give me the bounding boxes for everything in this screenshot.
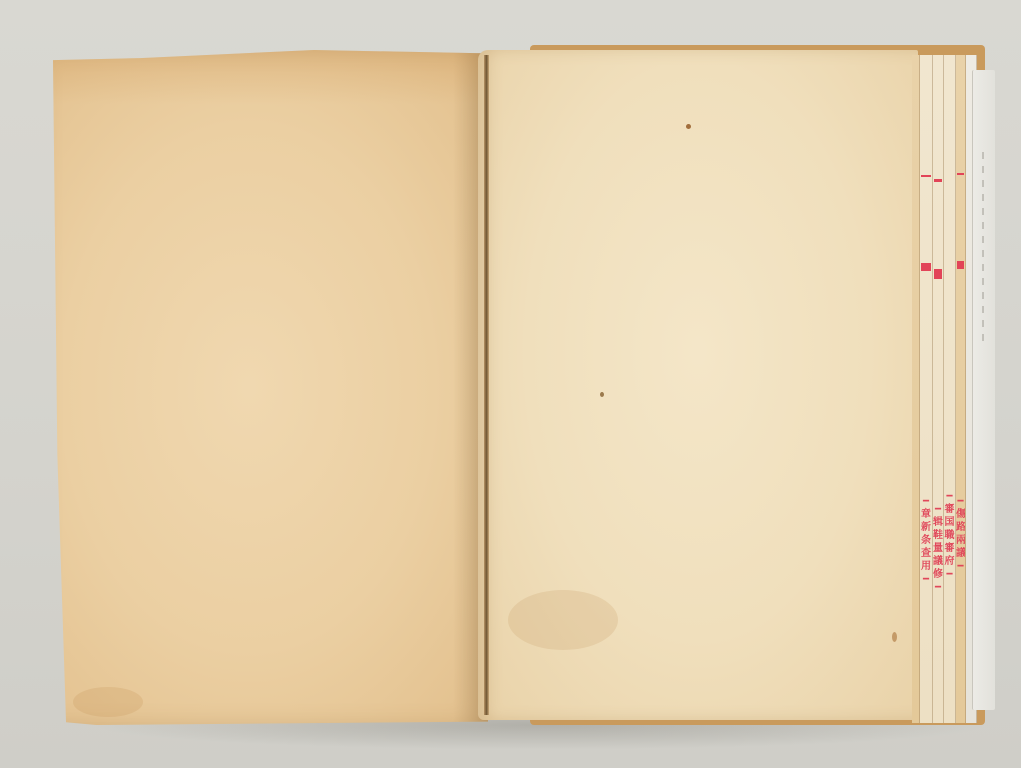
page-leaf: ━ 章 新 条 查 用 ━ <box>920 55 933 723</box>
pencil-marks: l l l l l l l l l l l l l l <box>977 150 989 346</box>
red-rule <box>934 269 942 279</box>
red-characters: ━ 審 国 職 審 府 ━ <box>944 490 955 581</box>
red-characters: ━ 章 新 条 查 用 ━ <box>920 495 932 586</box>
page-leaf: ━ 辑 鞋 量 議 修 ━ <box>933 55 944 723</box>
water-stain <box>508 590 618 650</box>
red-rule <box>934 179 942 182</box>
red-rule <box>921 175 931 177</box>
red-rule <box>921 263 931 271</box>
red-characters: ━ 傷 路 兩 議 ━ <box>956 495 965 573</box>
red-rule <box>957 261 964 269</box>
spot <box>600 392 604 397</box>
page-leaf: ━ 傷 路 兩 議 ━ <box>956 55 966 723</box>
left-page-blank <box>53 50 488 725</box>
right-page-blank <box>478 50 918 720</box>
page-leaf: ━ 審 国 職 審 府 ━ <box>944 55 956 723</box>
red-characters: ━ 辑 鞋 量 議 修 ━ <box>933 503 943 594</box>
spot <box>892 632 897 642</box>
red-rule <box>957 173 964 175</box>
pencil-annotated-slip: l l l l l l l l l l l l l l <box>972 70 995 710</box>
spot <box>686 124 691 129</box>
edge-stain <box>73 687 143 717</box>
book-gutter <box>484 55 489 715</box>
page-leaf <box>912 55 920 723</box>
